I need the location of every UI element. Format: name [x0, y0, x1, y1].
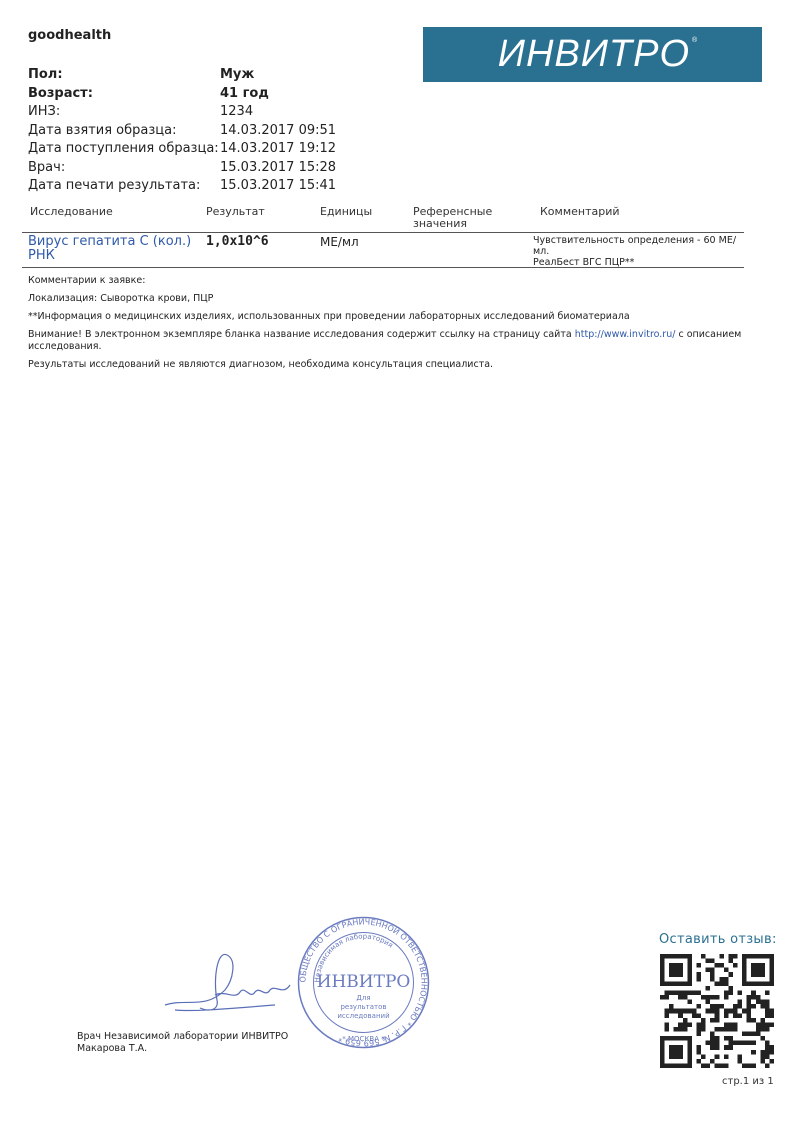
results-table-header: Исследование Результат Единицы Референсн…	[28, 206, 748, 228]
notes-section: Комментарии к заявке: Локализация: Сывор…	[28, 275, 768, 377]
feedback-label: Оставить отзыв:	[659, 932, 777, 947]
svg-text:ИНВИТРО: ИНВИТРО	[317, 972, 411, 992]
localization: Локализация: Сыворотка крови, ПЦР	[28, 293, 768, 305]
info-value: Муж	[220, 66, 254, 85]
devices-info: **Информация о медицинских изделиях, исп…	[28, 311, 768, 323]
invitro-logo: ИНВИТРО ®	[423, 27, 762, 82]
svg-text:результатов: результатов	[340, 1003, 386, 1011]
feedback-qr-code[interactable]	[660, 954, 774, 1068]
header-reference: Референсные значения	[413, 206, 492, 230]
svg-text:* МОСКВА *: * МОСКВА *	[342, 1035, 385, 1043]
info-label: Врач:	[28, 159, 220, 178]
registered-mark: ®	[692, 37, 697, 44]
svg-text:Для: Для	[356, 994, 370, 1002]
svg-text:исследований: исследований	[337, 1012, 389, 1020]
patient-info-row: Дата печати результата:15.03.2017 15:41	[28, 177, 336, 196]
result-value: 1,0x10^6	[206, 235, 269, 249]
doctor-signature	[155, 950, 305, 1020]
doctor-name: Макарова Т.А.	[77, 1043, 147, 1054]
header-units: Единицы	[320, 206, 372, 218]
patient-info-row: Возраст:41 год	[28, 85, 336, 104]
order-comments: Комментарии к заявке:	[28, 275, 768, 287]
info-value: 14.03.2017 09:51	[220, 122, 336, 141]
invitro-link[interactable]: http://www.invitro.ru/	[575, 329, 676, 340]
logo-text: ИНВИТРО	[498, 33, 690, 76]
table-divider	[22, 267, 744, 268]
info-label: Пол:	[28, 66, 220, 85]
header-test: Исследование	[30, 206, 113, 218]
info-label: Возраст:	[28, 85, 220, 104]
info-label: Дата взятия образца:	[28, 122, 220, 141]
info-value: 15.03.2017 15:28	[220, 159, 336, 178]
patient-info-row: Пол:Муж	[28, 66, 336, 85]
info-label: Дата поступления образца:	[28, 140, 220, 159]
patient-info-row: ИНЗ:1234	[28, 103, 336, 122]
result-comment: Чувствительность определения - 60 МЕ/мл.…	[533, 235, 748, 268]
patient-info: Пол:МужВозраст:41 годИНЗ:1234Дата взятия…	[28, 66, 336, 196]
patient-info-row: Врач:15.03.2017 15:28	[28, 159, 336, 178]
info-label: ИНЗ:	[28, 103, 220, 122]
info-value: 41 год	[220, 85, 269, 104]
organization-name: goodhealth	[28, 28, 111, 43]
result-units: МЕ/мл	[320, 235, 359, 249]
lab-stamp: ОБЩЕСТВО С ОГРАНИЧЕННОЙ ОТВЕТСТВЕННОСТЬЮ…	[296, 915, 431, 1050]
attention-note: Внимание! В электронном экземпляре бланк…	[28, 329, 768, 353]
header-result: Результат	[206, 206, 265, 218]
doctor-title: Врач Независимой лаборатории ИНВИТРО	[77, 1031, 288, 1042]
disclaimer: Результаты исследований не являются диаг…	[28, 359, 768, 371]
info-value: 1234	[220, 103, 253, 122]
info-label: Дата печати результата:	[28, 177, 220, 196]
table-row: Вирус гепатита С (кол.) РНК 1,0x10^6 МЕ/…	[28, 235, 748, 265]
page-number: стр.1 из 1	[722, 1076, 774, 1087]
test-name-link[interactable]: Вирус гепатита С (кол.) РНК	[28, 235, 203, 263]
info-value: 14.03.2017 19:12	[220, 140, 336, 159]
table-divider	[22, 232, 744, 233]
doctor-signature-label: Врач Независимой лаборатории ИНВИТРО Мак…	[77, 1031, 288, 1055]
info-value: 15.03.2017 15:41	[220, 177, 336, 196]
patient-info-row: Дата взятия образца:14.03.2017 09:51	[28, 122, 336, 141]
patient-info-row: Дата поступления образца:14.03.2017 19:1…	[28, 140, 336, 159]
header-comment: Комментарий	[540, 206, 620, 218]
